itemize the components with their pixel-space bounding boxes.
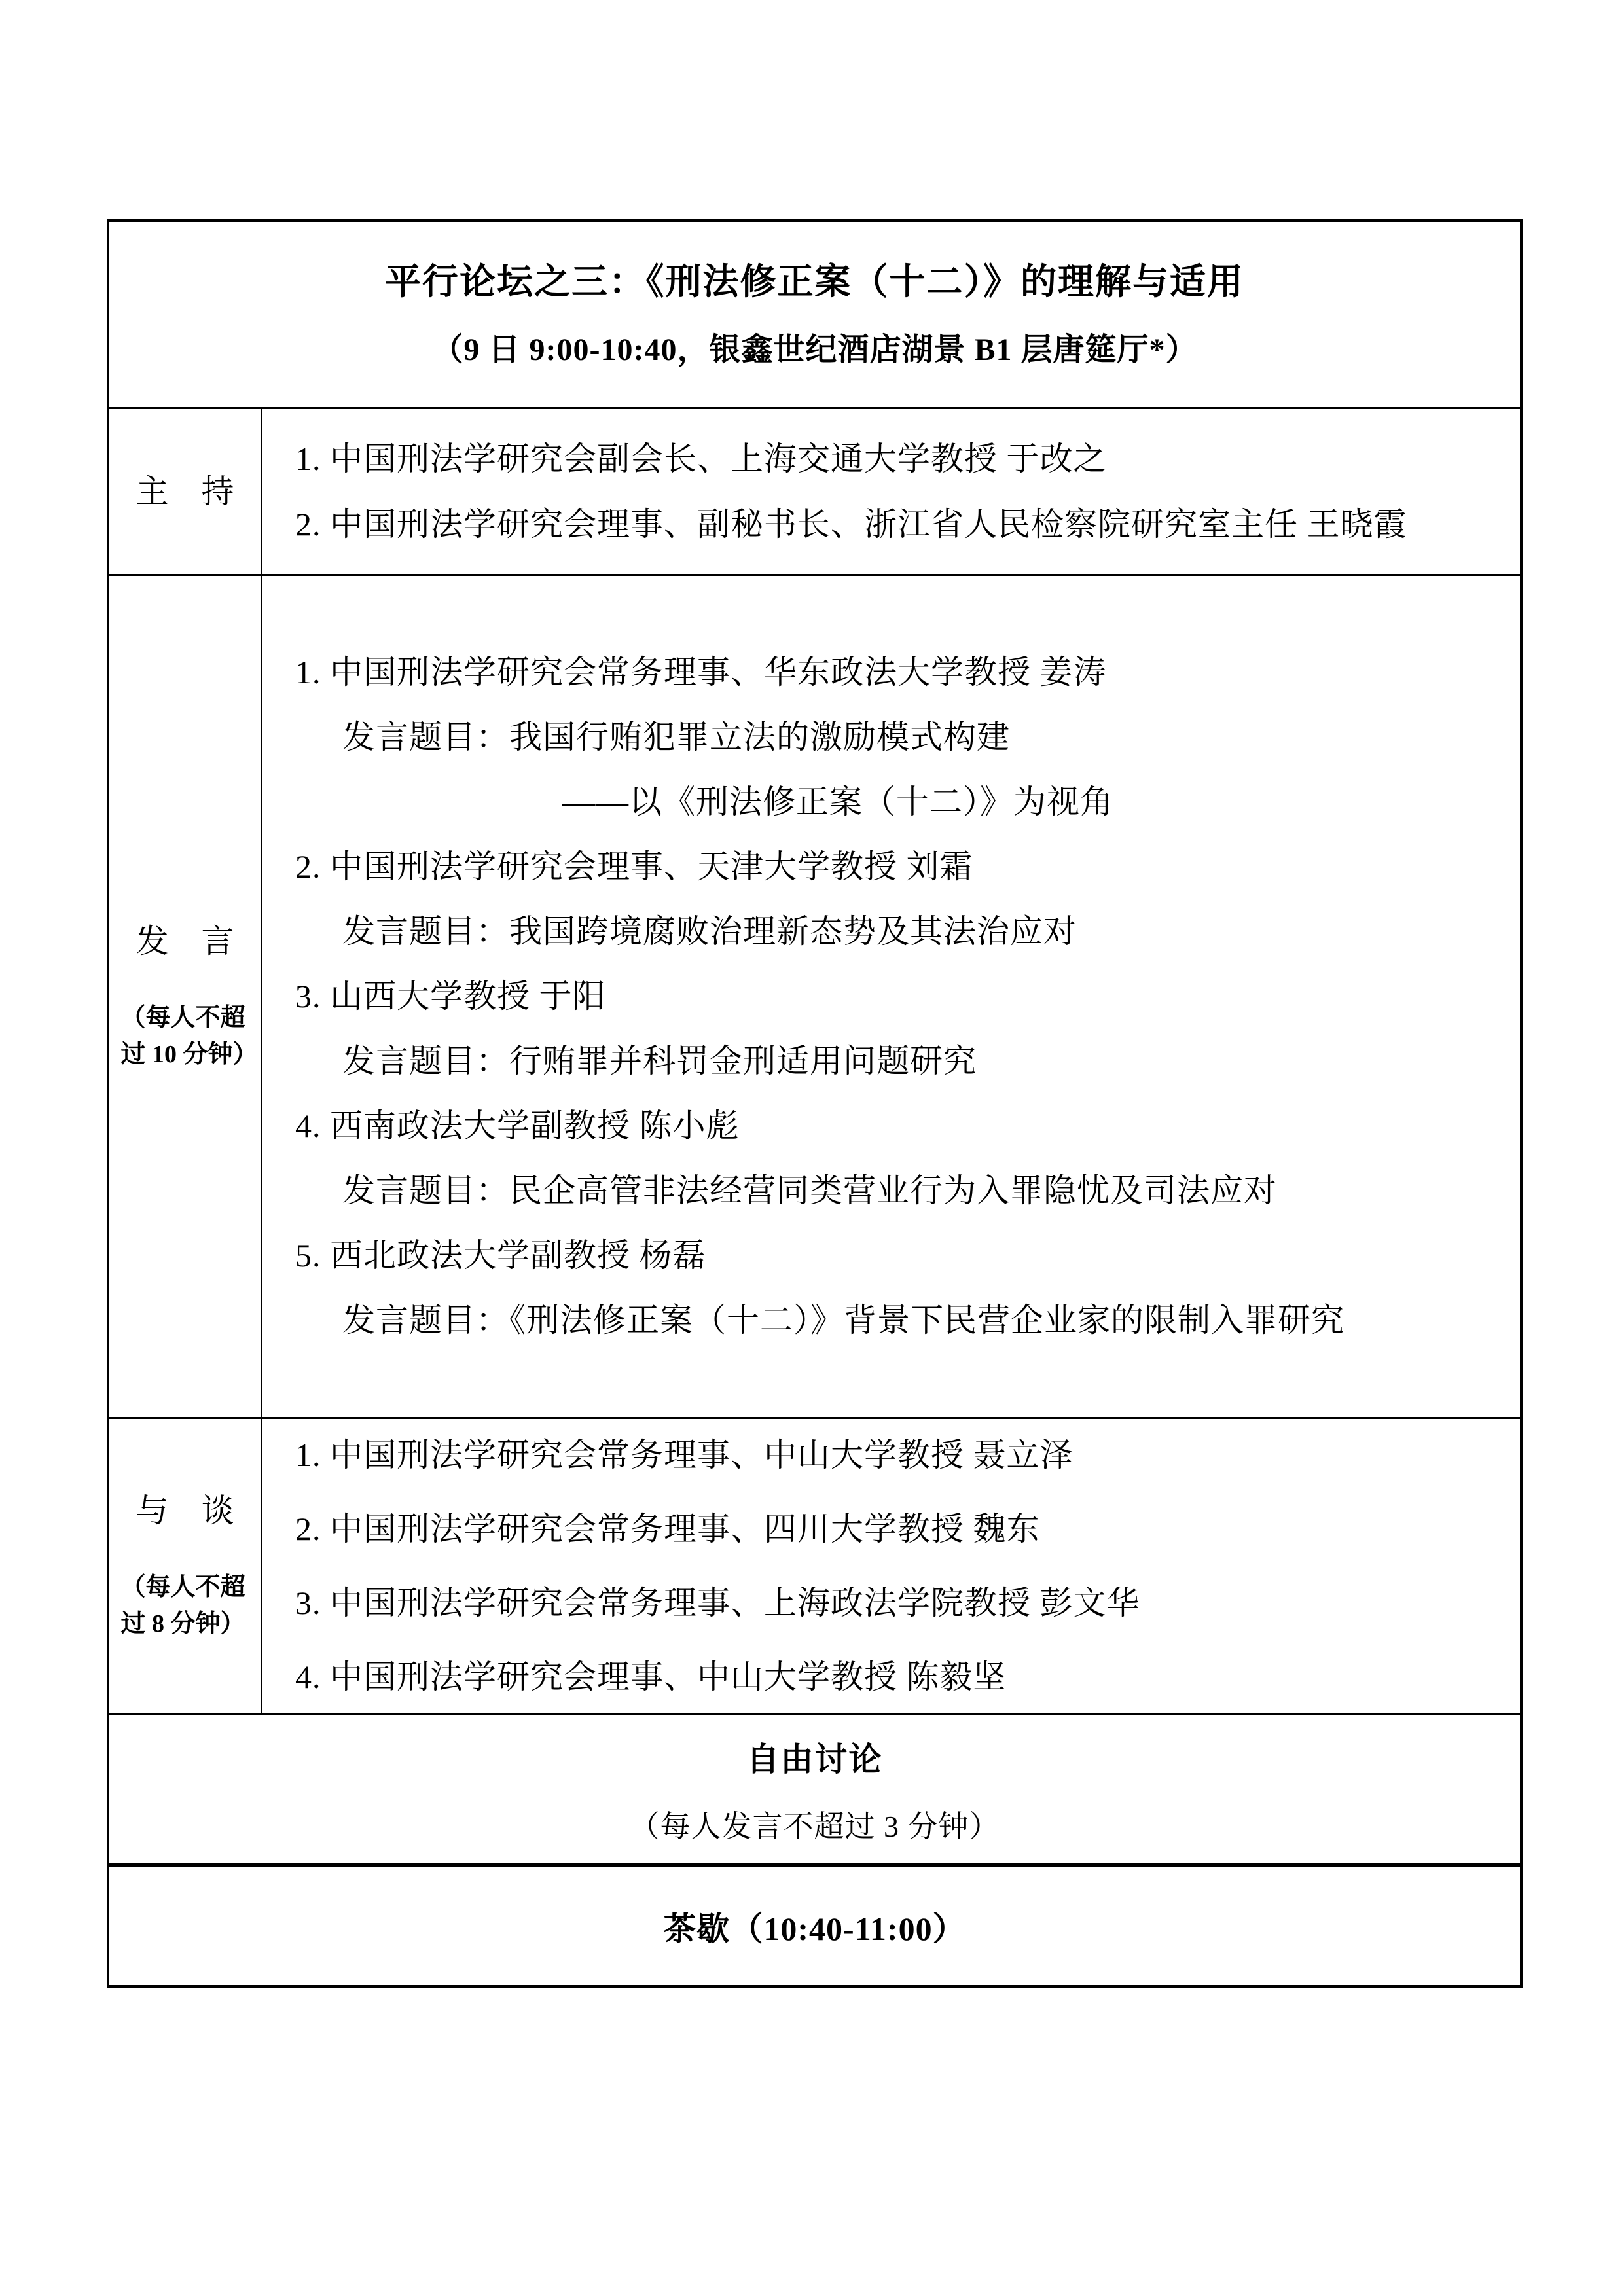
forum-title: 平行论坛之三：《刑法修正案（十二）》的理解与适用 (385, 260, 1244, 304)
panelist-name: 3. 中国刑法学研究会常务理事、上海政法学院教授 彭文华 (295, 1566, 1507, 1640)
speaker-name: 1. 中国刑法学研究会常务理事、华东政法大学教授 姜涛 (295, 640, 1507, 705)
panel-label-cell: 与 谈 （每人不超过 8 分钟） (109, 1417, 262, 1713)
speaker-name: 5. 西北政法大学副教授 杨磊 (295, 1223, 1507, 1288)
speeches-time-limit-note: （每人不超过 10 分钟） (121, 999, 249, 1073)
forum-header-row: 平行论坛之三：《刑法修正案（十二）》的理解与适用 （9 日 9:00-10:40… (109, 222, 1520, 407)
speech-topic: 发言题目：《刑法修正案（十二）》背景下民营企业家的限制入罪研究 (295, 1288, 1507, 1353)
panelist-name: 1. 中国刑法学研究会常务理事、中山大学教授 聂立泽 (295, 1418, 1507, 1492)
document-page: 平行论坛之三：《刑法修正案（十二）》的理解与适用 （9 日 9:00-10:40… (0, 0, 1624, 2296)
forum-time-location: （9 日 9:00-10:40，银鑫世纪酒店湖景 B1 层唐筵厅*） (432, 331, 1198, 369)
speech-topic: 发言题目：我国跨境腐败治理新态势及其法治应对 (295, 899, 1507, 964)
speeches-label: 发 言 (136, 920, 234, 963)
speeches-content-cell: 1. 中国刑法学研究会常务理事、华东政法大学教授 姜涛 发言题目：我国行贿犯罪立… (262, 574, 1520, 1417)
panel-time-limit-note: （每人不超过 8 分钟） (121, 1569, 249, 1642)
panelist-name: 4. 中国刑法学研究会理事、中山大学教授 陈毅坚 (295, 1640, 1507, 1714)
free-discussion-time-limit-note: （每人发言不超过 3 分钟） (630, 1803, 1000, 1846)
host-item: 1. 中国刑法学研究会副会长、上海交通大学教授 于改之 (295, 426, 1507, 492)
free-discussion-title: 自由讨论 (747, 1733, 883, 1780)
panel-content-cell: 1. 中国刑法学研究会常务理事、中山大学教授 聂立泽 2. 中国刑法学研究会常务… (262, 1417, 1520, 1713)
speech-topic: 发言题目：我国行贿犯罪立法的激励模式构建 (295, 705, 1507, 770)
speech-topic: 发言题目：民企高管非法经营同类营业行为入罪隐忧及司法应对 (295, 1158, 1507, 1223)
free-discussion-row: 自由讨论 （每人发言不超过 3 分钟） (109, 1713, 1520, 1863)
host-content-cell: 1. 中国刑法学研究会副会长、上海交通大学教授 于改之 2. 中国刑法学研究会理… (262, 407, 1520, 574)
tea-break-row: 茶歇（10:40-11:00） (109, 1863, 1520, 1985)
host-item: 2. 中国刑法学研究会理事、副秘书长、浙江省人民检察院研究室主任 王晓霞 (295, 492, 1507, 557)
speech-topic-subtitle: ——以《刑法修正案（十二）》为视角 (295, 770, 1507, 834)
host-label: 主 持 (136, 471, 234, 513)
panel-label: 与 谈 (136, 1490, 234, 1532)
forum-agenda-table: 平行论坛之三：《刑法修正案（十二）》的理解与适用 （9 日 9:00-10:40… (107, 219, 1523, 1988)
host-label-cell: 主 持 (109, 407, 262, 574)
tea-break-text: 茶歇（10:40-11:00） (663, 1903, 965, 1950)
speaker-name: 3. 山西大学教授 于阳 (295, 964, 1507, 1029)
speaker-name: 4. 西南政法大学副教授 陈小彪 (295, 1094, 1507, 1158)
speeches-label-cell: 发 言 （每人不超过 10 分钟） (109, 574, 262, 1417)
speech-topic: 发言题目：行贿罪并科罚金刑适用问题研究 (295, 1029, 1507, 1094)
panelist-name: 2. 中国刑法学研究会常务理事、四川大学教授 魏东 (295, 1492, 1507, 1566)
speaker-name: 2. 中国刑法学研究会理事、天津大学教授 刘霜 (295, 834, 1507, 899)
